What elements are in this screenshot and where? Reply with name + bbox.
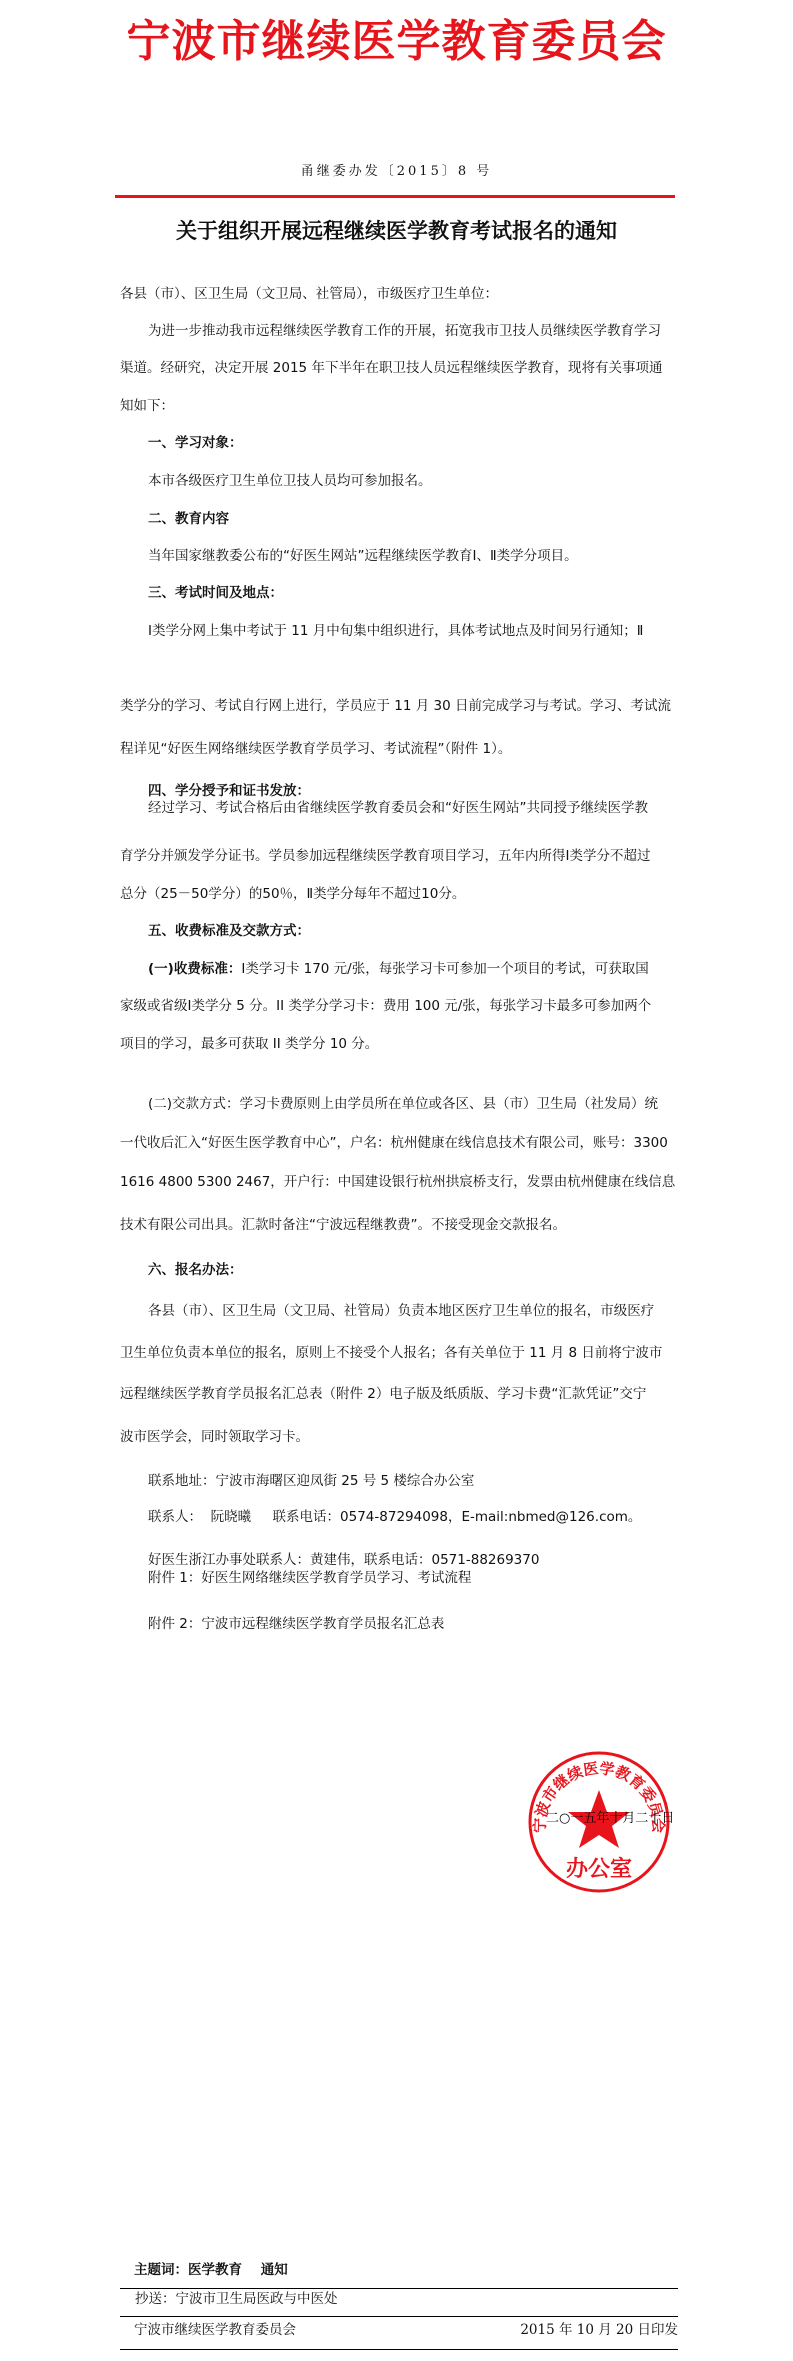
body-text-line: 卫生单位负责本单位的报名，原则上不接受个人报名；各有关单位于 11 月 8 日前…: [120, 1344, 680, 1362]
footer-divider-1: [120, 2288, 678, 2289]
line-text: 各县（市）、区卫生局（文卫局、社管局）负责本地区医疗卫生单位的报名，市级医疗: [148, 1303, 654, 1319]
document-title: 关于组织开展远程继续医学教育考试报名的通知: [0, 217, 793, 245]
red-divider: [115, 195, 675, 198]
line-text: 四、学分授予和证书发放：: [148, 783, 310, 799]
cc-line: 抄送：宁波市卫生局医政与中医处: [135, 2290, 338, 2308]
line-text: 六、报名办法：: [148, 1262, 243, 1278]
line-text: (二)交款方式：学习卡费原则上由学员所在单位或各区、县（市）卫生局（社发局）统: [148, 1096, 658, 1112]
line-text: 当年国家继教委公布的“好医生网站”远程继续医学教育Ⅰ、Ⅱ类学分项目。: [148, 548, 578, 564]
line-text: 卫生单位负责本单位的报名，原则上不接受个人报名；各有关单位于 11 月 8 日前…: [120, 1345, 662, 1361]
line-text: 波市医学会，同时领取学习卡。: [120, 1429, 309, 1445]
body-text-line: Ⅰ类学分网上集中考试于 11 月中旬集中组织进行，具体考试地点及时间另行通知；Ⅱ: [148, 622, 680, 640]
body-text-line: 渠道。经研究，决定开展 2015 年下半年在职卫技人员远程继续医学教育，现将有关…: [120, 359, 680, 377]
body-text-line: 附件 1：好医生网络继续医学教育学员学习、考试流程: [148, 1569, 680, 1587]
inline-heading: (一)收费标准：: [148, 961, 241, 977]
section-heading: 一、学习对象：: [148, 434, 680, 452]
line-text: 五、收费标准及交款方式：: [148, 923, 310, 939]
line-text: 为进一步推动我市远程继续医学教育工作的开展，拓宽我市卫技人员继续医学教育学习: [148, 323, 661, 339]
body-text-line: 类学分的学习、考试自行网上进行，学员应于 11 月 30 日前完成学习与考试。学…: [120, 697, 680, 715]
issue-date: 二○一五年十月二十日: [546, 1811, 674, 1827]
body-text-line: 联系人： 阮晓曦 联系电话：0574-87294098，E-mail:nbmed…: [148, 1508, 680, 1526]
line-text: 远程继续医学教育学员报名汇总表（附件 2）电子版及纸质版、学习卡费“汇款凭证”交…: [120, 1386, 646, 1402]
body-text-line: 技术有限公司出具。汇款时备注“宁波远程继教费”。不接受现金交款报名。: [120, 1216, 680, 1234]
subject-keywords: 主题词：医学教育 通知: [134, 2261, 288, 2279]
line-text: 经过学习、考试合格后由省继续医学教育委员会和“好医生网站”共同授予继续医学教: [148, 800, 648, 816]
body-text-line: 远程继续医学教育学员报名汇总表（附件 2）电子版及纸质版、学习卡费“汇款凭证”交…: [120, 1385, 680, 1403]
body-text-line: 经过学习、考试合格后由省继续医学教育委员会和“好医生网站”共同授予继续医学教: [148, 799, 680, 817]
line-text: 本市各级医疗卫生单位卫技人员均可参加报名。: [148, 473, 432, 489]
line-text: 三、考试时间及地点：: [148, 585, 283, 601]
body-text-line: 1616 4800 5300 2467，开户行：中国建设银行杭州拱宸桥支行，发票…: [120, 1173, 680, 1191]
line-text: 渠道。经研究，决定开展 2015 年下半年在职卫技人员远程继续医学教育，现将有关…: [120, 360, 662, 376]
body-text-line: 家级或省级Ⅰ类学分 5 分。II 类学分学习卡：费用 100 元/张，每张学习卡…: [120, 997, 680, 1015]
body-text-line: (一)收费标准：Ⅰ类学习卡 170 元/张，每张学习卡可参加一个项目的考试，可获…: [148, 960, 680, 978]
line-text: 技术有限公司出具。汇款时备注“宁波远程继教费”。不接受现金交款报名。: [120, 1217, 566, 1233]
line-text: 附件 1：好医生网络继续医学教育学员学习、考试流程: [148, 1570, 471, 1586]
line-text: 附件 2：宁波市远程继续医学教育学员报名汇总表: [148, 1616, 444, 1632]
section-heading: 六、报名办法：: [148, 1261, 680, 1279]
body-text-line: 好医生浙江办事处联系人：黄建伟，联系电话：0571-88269370: [148, 1551, 680, 1569]
body-text-line: 一代收后汇入“好医生医学教育中心”，户名：杭州健康在线信息技术有限公司，账号：3…: [120, 1134, 680, 1152]
line-text: 联系人： 阮晓曦 联系电话：0574-87294098，E-mail:nbmed…: [148, 1509, 641, 1525]
publisher: 宁波市继续医学教育委员会: [134, 2321, 296, 2339]
body-text-line: 各县（市）、区卫生局（文卫局、社管局），市级医疗卫生单位：: [120, 285, 680, 303]
seal-center-text: 办公室: [566, 1856, 632, 1882]
body-text-line: 波市医学会，同时领取学习卡。: [120, 1428, 680, 1446]
line-text: 知如下：: [120, 398, 174, 414]
body-text-line: 当年国家继教委公布的“好医生网站”远程继续医学教育Ⅰ、Ⅱ类学分项目。: [148, 547, 680, 565]
line-text: 1616 4800 5300 2467，开户行：中国建设银行杭州拱宸桥支行，发票…: [120, 1174, 675, 1190]
line-text: 项目的学习，最多可获取 II 类学分 10 分。: [120, 1036, 378, 1052]
body-text-line: 项目的学习，最多可获取 II 类学分 10 分。: [120, 1035, 680, 1053]
line-text: Ⅰ类学习卡 170 元/张，每张学习卡可参加一个项目的考试，可获取国: [241, 961, 648, 977]
section-heading: 四、学分授予和证书发放：: [148, 782, 680, 800]
line-text: 各县（市）、区卫生局（文卫局、社管局），市级医疗卫生单位：: [120, 286, 498, 302]
line-text: 程详见“好医生网络继续医学教育学员学习、考试流程”（附件 1）。: [120, 741, 511, 757]
line-text: 联系地址：宁波市海曙区迎凤街 25 号 5 楼综合办公室: [148, 1473, 474, 1489]
line-text: 类学分的学习、考试自行网上进行，学员应于 11 月 30 日前完成学习与考试。学…: [120, 698, 671, 714]
line-text: 好医生浙江办事处联系人：黄建伟，联系电话：0571-88269370: [148, 1552, 539, 1568]
body-text-line: 各县（市）、区卫生局（文卫局、社管局）负责本地区医疗卫生单位的报名，市级医疗: [148, 1302, 680, 1320]
body-text-line: (二)交款方式：学习卡费原则上由学员所在单位或各区、县（市）卫生局（社发局）统: [148, 1095, 680, 1113]
section-heading: 二、教育内容: [148, 510, 680, 528]
body-text-line: 程详见“好医生网络继续医学教育学员学习、考试流程”（附件 1）。: [120, 740, 680, 758]
footer-divider-2: [120, 2316, 678, 2317]
document-number: 甬继委办发〔2015〕8 号: [0, 163, 793, 181]
body-text-line: 本市各级医疗卫生单位卫技人员均可参加报名。: [148, 472, 680, 490]
body-text-line: 为进一步推动我市远程继续医学教育工作的开展，拓宽我市卫技人员继续医学教育学习: [148, 322, 680, 340]
line-text: 育学分并颁发学分证书。学员参加远程继续医学教育项目学习，五年内所得Ⅰ类学分不超过: [120, 848, 650, 864]
line-text: 总分（25－50学分）的50％，Ⅱ类学分每年不超过10分。: [120, 886, 465, 902]
line-text: Ⅰ类学分网上集中考试于 11 月中旬集中组织进行，具体考试地点及时间另行通知；Ⅱ: [148, 623, 643, 639]
footer-divider-3: [120, 2349, 678, 2350]
print-date: 2015 年 10 月 20 日印发: [520, 2321, 678, 2339]
body-text-line: 总分（25－50学分）的50％，Ⅱ类学分每年不超过10分。: [120, 885, 680, 903]
line-text: 一代收后汇入“好医生医学教育中心”，户名：杭州健康在线信息技术有限公司，账号：3…: [120, 1135, 668, 1151]
body-text-line: 育学分并颁发学分证书。学员参加远程继续医学教育项目学习，五年内所得Ⅰ类学分不超过: [120, 847, 680, 865]
body-text-line: 联系地址：宁波市海曙区迎凤街 25 号 5 楼综合办公室: [148, 1472, 680, 1490]
section-heading: 三、考试时间及地点：: [148, 584, 680, 602]
line-text: 一、学习对象：: [148, 435, 243, 451]
line-text: 二、教育内容: [148, 511, 229, 527]
body-text-line: 附件 2：宁波市远程继续医学教育学员报名汇总表: [148, 1615, 680, 1633]
section-heading: 五、收费标准及交款方式：: [148, 922, 680, 940]
org-title: 宁波市继续医学教育委员会: [0, 14, 793, 70]
body-text-line: 知如下：: [120, 397, 680, 415]
line-text: 家级或省级Ⅰ类学分 5 分。II 类学分学习卡：费用 100 元/张，每张学习卡…: [120, 998, 651, 1014]
